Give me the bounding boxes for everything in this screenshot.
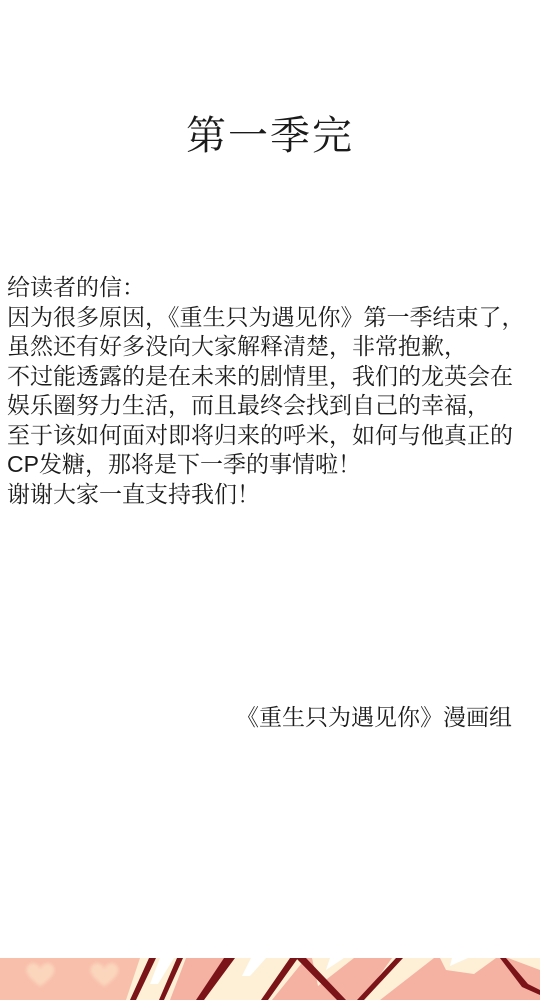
end-card-page: 第一季完 给读者的信： 因为很多原因，《重生只为遇见你》第一季结束了， 虽然还有… <box>0 0 540 1000</box>
comic-team-signature: 《重生只为遇见你》漫画组 <box>0 702 512 732</box>
letter-line: 虽然还有好多没向大家解释清楚，非常抱歉， <box>7 332 538 362</box>
anime-hair-artwork-banner <box>0 958 540 1000</box>
letter-line: 给读者的信： <box>7 273 538 303</box>
letter-line: 娱乐圈努力生活，而且最终会找到自己的幸福， <box>7 391 538 421</box>
letter-line: 因为很多原因，《重生只为遇见你》第一季结束了， <box>7 303 538 333</box>
letter-line: 至于该如何面对即将归来的呼米，如何与他真正的 <box>7 421 538 451</box>
season-end-title: 第一季完 <box>0 112 540 160</box>
hair-artwork <box>0 958 540 1000</box>
letter-line: 谢谢大家一直支持我们！ <box>7 480 538 510</box>
letter-line: CP发糖，那将是下一季的事情啦！ <box>7 450 538 480</box>
letter-line: 不过能透露的是在未来的剧情里，我们的龙英会在 <box>7 362 538 392</box>
reader-letter: 给读者的信： 因为很多原因，《重生只为遇见你》第一季结束了， 虽然还有好多没向大… <box>7 273 538 509</box>
